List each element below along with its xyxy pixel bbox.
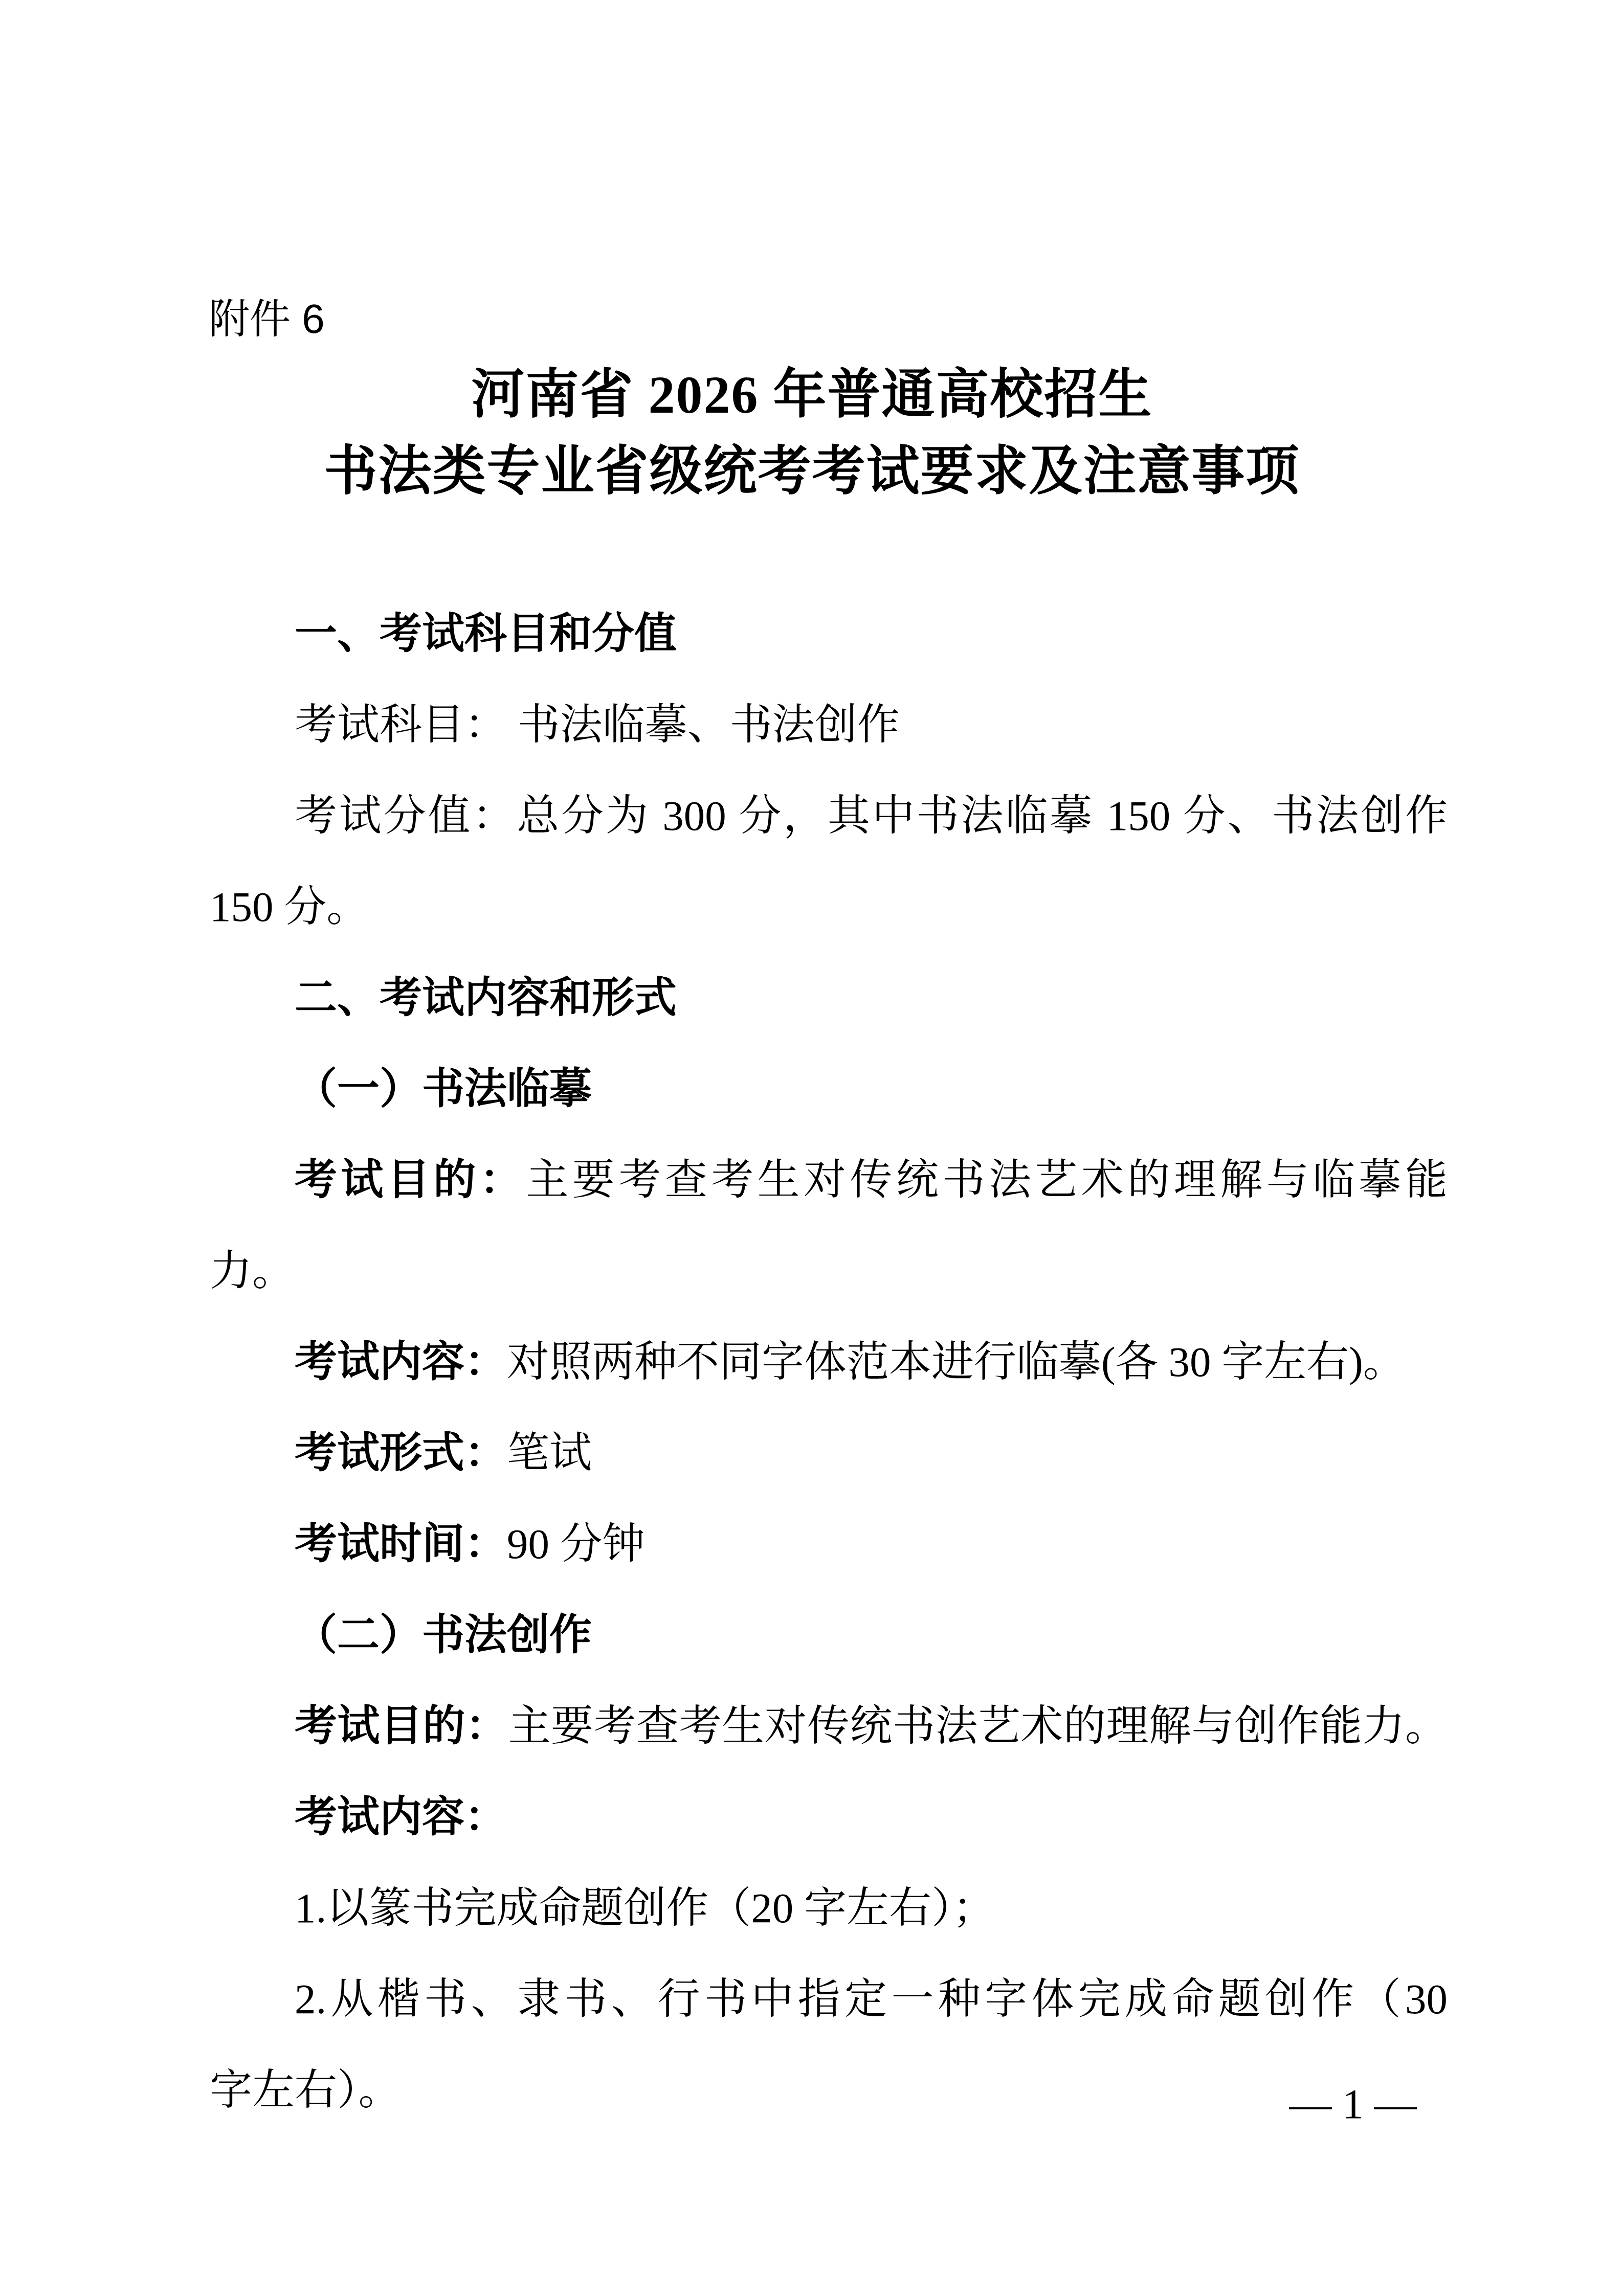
line-label: 考试形式：	[295, 1429, 507, 1476]
text-line: 一、考试科目和分值	[210, 588, 1448, 679]
document-body: 一、考试科目和分值 考试科目： 书法临摹、书法创作 考试分值：总分为 300 分…	[210, 588, 1448, 2135]
text-line: 考试形式：笔试	[210, 1407, 1448, 1498]
line-text: 考试分值：总分为 300 分，其中书法临摹 150 分、书法创作	[295, 792, 1448, 839]
document-title: 河南省 2026 年普通高校招生 书法类专业省级统考考试要求及注意事项	[0, 357, 1624, 510]
text-line: 考试科目： 书法临摹、书法创作	[210, 679, 1448, 770]
line-text: 主要考查考生对传统书法艺术的理解与创作能力。	[508, 1702, 1448, 1749]
line-text: （二）书法创作	[295, 1611, 592, 1658]
line-text: 150 分。	[210, 883, 369, 930]
text-line: 考试内容：	[210, 1771, 1448, 1862]
line-text: 2.从楷书、隶书、行书中指定一种字体完成命题创作（30	[295, 1975, 1448, 2022]
attachment-label: 附件 6	[209, 296, 325, 343]
text-line: 二、考试内容和形式	[210, 952, 1448, 1043]
line-text: 考试科目： 书法临摹、书法创作	[295, 701, 900, 748]
line-label: 考试目的：	[295, 1702, 508, 1749]
line-text: 主要考查考生对传统书法艺术的理解与临摹能	[526, 1156, 1448, 1203]
text-line: 考试内容：对照两种不同字体范本进行临摹(各 30 字左右)。	[210, 1316, 1448, 1407]
line-text: 笔试	[507, 1429, 592, 1476]
line-text: 一、考试科目和分值	[295, 610, 677, 657]
text-line: 考试时间：90 分钟	[210, 1498, 1448, 1589]
line-text: （一）书法临摹	[295, 1065, 592, 1112]
line-text: 90 分钟	[507, 1520, 645, 1567]
text-line: （一）书法临摹	[210, 1043, 1448, 1134]
line-text: 二、考试内容和形式	[295, 974, 677, 1021]
text-line: 考试目的：主要考查考生对传统书法艺术的理解与临摹能	[210, 1134, 1448, 1225]
text-line: 2.从楷书、隶书、行书中指定一种字体完成命题创作（30	[210, 1953, 1448, 2044]
text-line: 考试分值：总分为 300 分，其中书法临摹 150 分、书法创作	[210, 770, 1448, 861]
document-title-line2: 书法类专业省级统考考试要求及注意事项	[0, 434, 1624, 510]
page-number: — 1 —	[1269, 2080, 1437, 2127]
line-label: 考试目的：	[295, 1156, 526, 1203]
line-text: 对照两种不同字体范本进行临摹(各 30 字左右)。	[507, 1338, 1406, 1385]
text-line: （二）书法创作	[210, 1589, 1448, 1680]
text-line: 字左右）。	[210, 2044, 1448, 2135]
document-page: 附件 6 河南省 2026 年普通高校招生 书法类专业省级统考考试要求及注意事项…	[0, 0, 1624, 2296]
text-line: 1.以篆书完成命题创作（20 字左右）；	[210, 1862, 1448, 1953]
line-text: 力。	[210, 1247, 295, 1294]
text-line: 考试目的：主要考查考生对传统书法艺术的理解与创作能力。	[210, 1680, 1448, 1771]
line-label: 考试内容：	[295, 1338, 507, 1385]
text-line: 力。	[210, 1225, 1448, 1316]
line-label: 考试内容：	[295, 1793, 507, 1840]
text-line: 150 分。	[210, 861, 1448, 952]
line-label: 考试时间：	[295, 1520, 507, 1567]
document-title-line1: 河南省 2026 年普通高校招生	[0, 357, 1624, 434]
line-text: 1.以篆书完成命题创作（20 字左右）；	[295, 1884, 995, 1931]
line-text: 字左右）。	[210, 2066, 401, 2113]
